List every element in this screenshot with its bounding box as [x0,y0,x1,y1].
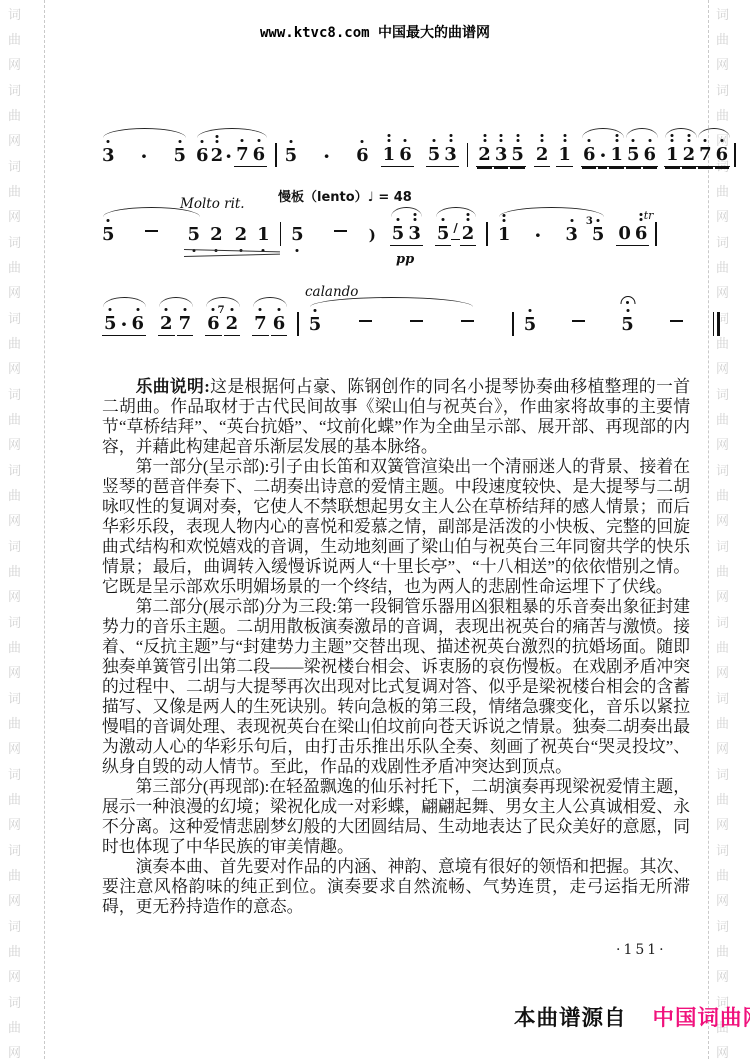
trill-mark: tr [644,205,654,227]
page-number: ·151· [616,942,667,958]
dash-note [359,320,372,323]
footer-site-name: 中国词曲网 [653,1006,750,1031]
note: 2 [476,144,493,167]
barline [512,312,514,336]
watermark-char: 网 [8,206,21,225]
note: 7 [252,313,269,336]
note: 3 [442,144,459,167]
paragraph: 第一部分(呈示部):引子由长笛和双簧管渲染出一个清丽迷人的背景、接着在竖琴的琶音… [102,457,690,597]
watermark-char: 网 [716,966,729,985]
watermark-char: 网 [8,738,21,757]
slur-arc [391,207,422,217]
watermark-char: 词 [716,688,729,707]
watermark-char: 网 [716,738,729,757]
watermark-char: 网 [716,54,729,73]
watermark-char: 曲 [716,409,729,428]
watermark-char: 词 [8,232,21,251]
watermark-char: 曲 [8,105,21,124]
slur-arc [103,297,146,307]
fermata-icon [620,296,635,304]
left-watermark-column: 词曲网词曲网词曲网词曲网词曲网词曲网词曲网词曲网词曲网词曲网词曲网词曲网词曲网词… [8,0,38,1059]
watermark-char: 词 [8,460,21,479]
watermark-char: 词 [716,840,729,859]
dash-note [572,320,585,323]
watermark-char: 曲 [716,485,729,504]
watermark-char: 词 [716,4,729,23]
slur-arc [253,297,287,307]
watermark-char: 词 [8,384,21,403]
watermark-char: 词 [716,232,729,251]
note: 7 [177,313,194,336]
watermark-char: 词 [8,764,21,783]
note: 2 [211,145,224,167]
note: 2 [681,144,698,167]
watermark-char: 网 [716,206,729,225]
slide-mark: / [451,217,459,240]
watermark-char: 曲 [8,257,21,276]
watermark-char: 词 [8,916,21,935]
watermark-char: 网 [8,358,21,377]
score-annotation: Molto rit. [180,196,245,212]
music-notes-article: 乐曲说明:这是根据何占豪、陈钢创作的同名小提琴协奏曲移植整理的一首二胡曲。作品取… [102,377,690,917]
note: 2 [534,144,551,167]
note: 0 [616,223,633,246]
note: 5 [390,223,407,246]
final-barline [713,312,720,336]
paragraph: 第三部分(再现部):在轻盈飘逸的仙乐衬托下，二胡演奏再现梁祝爱情主题，展示一种浪… [102,777,690,857]
note: 6 [271,313,288,336]
note: 3 [493,144,510,167]
note: 3 [102,145,115,167]
watermark-char: 网 [8,966,21,985]
watermark-char: 曲 [716,181,729,200]
breath-mark: ) [369,224,376,246]
watermark-char: 网 [716,890,729,909]
watermark-char: 网 [8,510,21,529]
barline [734,143,736,167]
note: 53 [592,224,605,246]
note: 3 [565,224,578,246]
watermark-char: 词 [8,688,21,707]
watermark-char: 网 [8,662,21,681]
slur-arc [499,207,604,217]
score-line-3: 5·62762776555calando [102,312,720,338]
dash-note [145,230,158,233]
note: 2 [210,224,223,246]
paragraph: 演奏本曲、首先要对作品的内涵、神韵、意境有很好的领悟和把握。其次、要注意风格韵味… [102,857,690,917]
watermark-char: 曲 [8,485,21,504]
paragraph: 第二部分(展示部)分为三段:第一段铜管乐器用凶狠粗暴的乐音奏出象征封建势力的音乐… [102,597,690,777]
note: 1 [556,144,573,167]
watermark-char: 网 [716,1042,729,1059]
barline [486,222,488,246]
left-dashed-border [44,0,45,1059]
note: 5 [309,314,322,336]
note: 5 [102,224,115,246]
slur-arc [159,297,193,307]
note: 5 [174,145,187,167]
augmentation-dot: · [597,144,608,167]
watermark-char: 曲 [8,181,21,200]
watermark-char: 词 [716,536,729,555]
augmentation-dot: · [141,145,148,167]
note: 5 [188,224,201,246]
barline [280,222,282,246]
watermark-char: 词 [8,612,21,631]
watermark-char: 网 [8,130,21,149]
note: 2 [460,223,477,246]
barline [655,222,657,246]
augmentation-dot: · [225,145,232,167]
watermark-char: 曲 [8,409,21,428]
note: 2 [235,224,248,246]
watermark-char: 曲 [716,941,729,960]
watermark-char: 词 [716,916,729,935]
note: 27 [224,313,241,336]
augmentation-dot: · [323,145,330,167]
watermark-char: 网 [716,358,729,377]
note: 1 [381,144,398,167]
score-line-2: 552215)535/21·35306trMolto rit.慢板（lento）… [102,222,657,248]
note: 5 [435,223,452,246]
watermark-char: 曲 [716,561,729,580]
watermark-char: 曲 [8,1017,21,1036]
score-annotation: pp [396,252,414,267]
note: 5 [524,314,537,336]
score-line-1: 3·562·765·61653235216·1561276 [102,143,736,169]
watermark-char: 词 [716,80,729,99]
note: 6 [397,144,414,167]
watermark-char: 曲 [8,713,21,732]
footer-source-line: 本曲谱源自中国词曲网 [514,1001,750,1032]
note: 5 [102,313,119,336]
watermark-char: 网 [8,586,21,605]
note: 6 [130,313,147,336]
note: 1 [664,144,681,167]
note: 6 [356,145,369,167]
note: 7 [234,144,251,167]
note: 7 [697,144,714,167]
note: 3 [406,223,423,246]
header-watermark-text: www.ktvc8.com 中国最大的曲谱网 [260,25,490,41]
barline [467,143,469,167]
augmentation-dot: · [119,313,130,336]
footer-source-prefix: 本曲谱源自 [514,1006,627,1031]
watermark-char: 曲 [8,865,21,884]
watermark-char: 词 [8,80,21,99]
note: 5 [291,224,304,246]
watermark-char: 网 [8,890,21,909]
note: 6 [581,144,598,167]
watermark-char: 词 [8,4,21,23]
barline [297,312,299,336]
watermark-char: 词 [8,536,21,555]
note: 1 [257,224,270,246]
watermark-char: 网 [716,586,729,605]
watermark-char: 词 [8,156,21,175]
header-watermark: www.ktvc8.com 中国最大的曲谱网 [0,22,750,42]
watermark-char: 网 [716,434,729,453]
watermark-char: 词 [716,384,729,403]
watermark-char: 曲 [716,637,729,656]
paragraph-lead: 乐曲说明: [136,377,210,396]
watermark-char: 词 [8,308,21,327]
watermark-char: 曲 [716,713,729,732]
note: 2 [158,313,175,336]
watermark-char: 曲 [716,865,729,884]
watermark-char: 网 [716,510,729,529]
slur-arc [665,128,697,138]
note: 6 [196,145,209,167]
watermark-char: 曲 [8,637,21,656]
watermark-char: 曲 [716,105,729,124]
slur-arc [197,128,267,138]
dash-note [334,230,347,233]
note: 1 [608,144,625,167]
note: 6tr [633,223,650,246]
watermark-char: 曲 [8,561,21,580]
note: 5 [426,144,443,167]
watermark-char: 网 [8,1042,21,1059]
slur-arc [626,128,658,138]
slur-arc [436,207,476,217]
note: 1 [498,224,511,246]
watermark-char: 网 [716,814,729,833]
watermark-char: 网 [716,662,729,681]
watermark-char: 网 [8,282,21,301]
watermark-char: 词 [8,840,21,859]
paragraph: 乐曲说明:这是根据何占豪、陈钢创作的同名小提琴协奏曲移植整理的一首二胡曲。作品取… [102,377,690,457]
note: 6 [251,144,268,167]
score-annotation: calando [305,284,358,300]
note: 6 [714,144,731,167]
watermark-char: 曲 [716,789,729,808]
slur-arc [206,297,240,307]
watermark-char: 网 [716,282,729,301]
note: 6 [642,144,659,167]
watermark-char: 曲 [8,789,21,808]
note: 5 [621,314,634,336]
watermark-char: 网 [8,54,21,73]
watermark-char: 网 [8,814,21,833]
decrescendo-hairpin [184,249,280,258]
dash-note [670,320,683,323]
dash-note [461,320,474,323]
watermark-char: 词 [8,992,21,1011]
sheet-music-page: 词曲网词曲网词曲网词曲网词曲网词曲网词曲网词曲网词曲网词曲网词曲网词曲网词曲网词… [0,0,750,1059]
watermark-char: 词 [716,764,729,783]
watermark-char: 网 [8,434,21,453]
note: 5 [285,145,298,167]
barline [275,143,277,167]
watermark-char: 曲 [8,941,21,960]
slur-arc [103,128,186,138]
note: 5 [509,144,526,167]
watermark-char: 词 [716,460,729,479]
note: 5 [625,144,642,167]
dash-note [410,320,423,323]
augmentation-dot: · [534,224,541,246]
slur-arc [582,128,624,138]
score-annotation: 慢板（lento）♩ = 48 [278,186,412,205]
watermark-char: 曲 [716,257,729,276]
watermark-char: 曲 [8,333,21,352]
watermark-char: 词 [716,612,729,631]
